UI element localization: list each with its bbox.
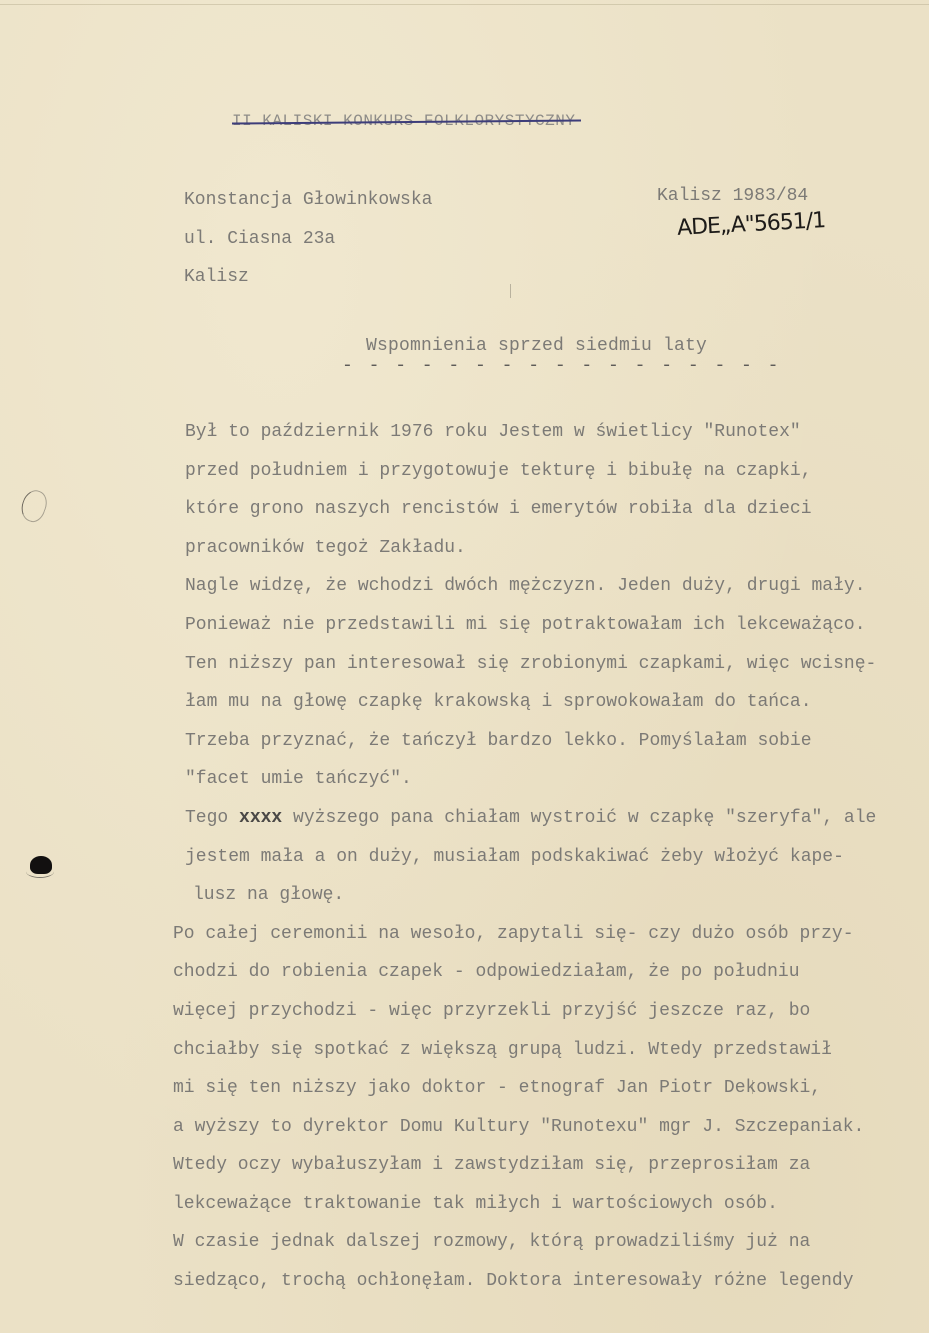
paper-fiber-mark [752, 1080, 753, 1094]
paper-fiber-mark [510, 284, 511, 298]
body-line: mi się ten niższy jako doktor - etnograf… [173, 1069, 925, 1108]
body-line: a wyższy to dyrektor Domu Kultury "Runot… [173, 1108, 925, 1147]
body-line: "facet umie tańczyć". [185, 760, 925, 799]
body-line: łam mu na głowę czapkę krakowską i sprow… [185, 683, 925, 722]
body-line: Po całej ceremonii na wesoło, zapytali s… [173, 915, 925, 954]
body-line: jestem mała a on duży, musiałam podskaki… [185, 838, 925, 877]
author-street: ul. Ciasna 23a [184, 220, 432, 259]
line-part: Tego [185, 808, 239, 828]
body-line-with-struck-word: Tego xxxx wyższego pana chiałam wystroić… [185, 799, 925, 838]
punch-hole-mark-icon [17, 487, 50, 525]
ink-blot-icon [30, 856, 52, 874]
body-line: chciałby się spotkać z większą grupą lud… [173, 1031, 925, 1070]
body-line: lekceważące traktowanie tak miłych i war… [173, 1185, 925, 1224]
body-line: Trzeba przyznać, że tańczył bardzo lekko… [185, 722, 925, 761]
body-line: więcej przychodzi - więc przyrzekli przy… [173, 992, 925, 1031]
body-line: przed południem i przygotowuje tekturę i… [185, 452, 925, 491]
body-line: chodzi do robienia czapek - odpowiedział… [173, 953, 925, 992]
body-line: siedząco, trochą ochłonęłam. Doktora int… [173, 1262, 925, 1301]
author-name: Konstancja Głowinkowska [184, 181, 432, 220]
struck-out-word: xxxx [239, 808, 282, 828]
title-dashed-underline: - - - - - - - - - - - - - - - - - [342, 356, 781, 376]
body-line: Ten niższy pan interesował się zrobionym… [185, 645, 925, 684]
handwritten-archive-note: ADE„A"5651/1 [676, 208, 825, 241]
document-title: Wspomnienia sprzed siedmiu laty [366, 336, 707, 356]
body-line: pracowników tegoż Zakładu. [185, 529, 925, 568]
place-date: Kalisz 1983/84 [657, 186, 808, 206]
body-line: W czasie jednak dalszej rozmowy, którą p… [173, 1223, 925, 1262]
body-line: które grono naszych rencistów i emerytów… [185, 490, 925, 529]
contest-header: II KALISKI KONKURS FOLKLORYSTYCZNY [232, 112, 575, 130]
page-edge [0, 4, 929, 5]
body-line: lusz na głowę. [185, 876, 925, 915]
body-line: Był to październik 1976 roku Jestem w św… [185, 413, 925, 452]
line-part: wyższego pana chiałam wystroić w czapkę … [282, 808, 876, 828]
body-line: Ponieważ nie przedstawili mi się potrakt… [185, 606, 925, 645]
body-line: Nagle widzę, że wchodzi dwóch mężczyzn. … [185, 567, 925, 606]
author-block: Konstancja Głowinkowska ul. Ciasna 23a K… [184, 181, 432, 297]
body-line: Wtedy oczy wybałuszyłam i zawstydziłam s… [173, 1146, 925, 1185]
document-page: II KALISKI KONKURS FOLKLORYSTYCZNY Konst… [0, 0, 929, 1333]
author-city: Kalisz [184, 258, 432, 297]
body-text: Był to październik 1976 roku Jestem w św… [185, 413, 925, 1301]
